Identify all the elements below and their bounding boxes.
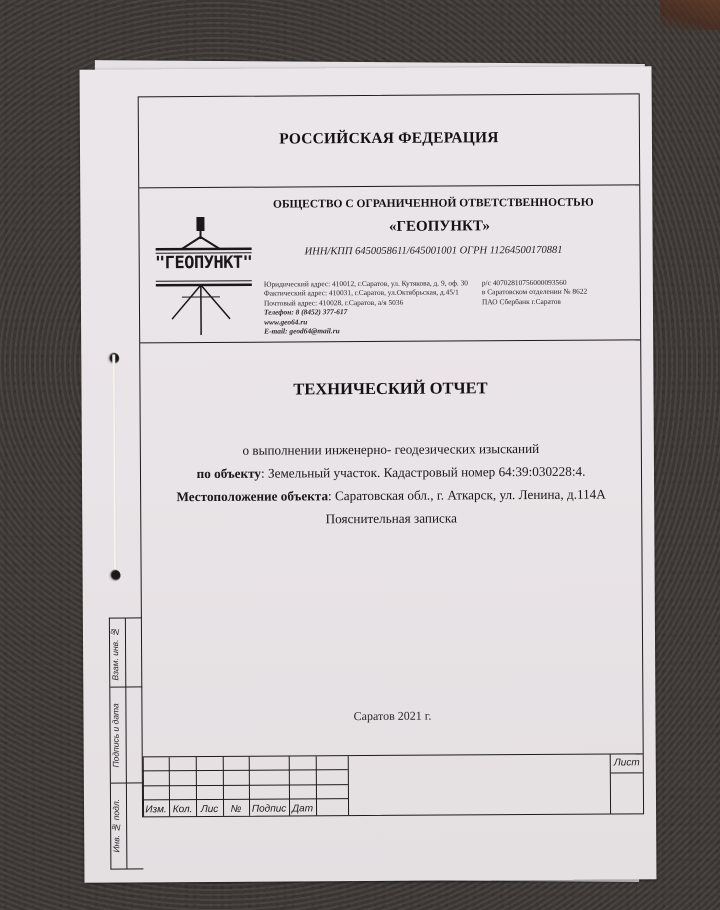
email: E-mail: geod64@mail.ru: [264, 325, 468, 336]
address-block: Юридический адрес: 410012, г.Саратов, ул…: [264, 278, 468, 336]
col-sheet: Лис: [196, 804, 223, 815]
header-divider: [139, 184, 639, 188]
location-line: Местоположение объекта: Саратовская обл.…: [141, 486, 641, 505]
registration-numbers: ИНН/КПП 6450058611/645001001 ОГРН 112645…: [305, 245, 563, 258]
bank-branch: в Саратовском отделении № 8622: [482, 287, 587, 297]
col-number: №: [223, 804, 249, 815]
col-signature: Подпис: [249, 803, 289, 814]
side-stamp: Взам. инв. № Подпись и дата Инв. № подл.: [109, 617, 144, 869]
col-date: Дат: [289, 803, 316, 814]
revision-grid: Изм. Кол. Лис № Подпис Дат: [143, 756, 348, 816]
replacement-inv-label: Взам. инв. №: [110, 622, 125, 684]
location-label: Местоположение объекта: [176, 488, 328, 504]
explanatory-note: Пояснительная записка: [141, 509, 641, 528]
document-page: РОССИЙСКАЯ ФЕДЕРАЦИЯ "ГЕОПУНКТ" ОБЩЕСТВО…: [80, 66, 657, 882]
col-change: Изм.: [143, 804, 169, 815]
wood-floor-corner: [660, 0, 720, 30]
title-block: Изм. Кол. Лис № Подпис Дат Лист: [143, 753, 643, 816]
object-line: по объекту: Земельный участок. Кадастров…: [141, 463, 641, 482]
signature-date-label: Подпись и дата: [110, 690, 126, 780]
company-logo: "ГЕОПУНКТ": [151, 215, 256, 346]
col-count: Кол.: [169, 804, 196, 815]
report-title: ТЕХНИЧЕСКИЙ ОТЧЕТ: [140, 377, 640, 400]
city-year: Саратов 2021 г.: [142, 707, 642, 725]
binding-thread: [112, 355, 116, 573]
org-type: ОБЩЕСТВО С ОГРАНИЧЕННОЙ ОТВЕТСТВЕННОСТЬЮ: [257, 197, 609, 211]
object-label: по объекту: [197, 466, 261, 481]
location-value: : Саратовская обл., г. Аткарск, ул. Лени…: [328, 487, 606, 504]
logo-wordmark: "ГЕОПУНКТ": [152, 253, 256, 274]
bank-details: р/с 40702810756000093560 в Саратовском о…: [482, 278, 587, 307]
binding-hole-bottom: [109, 570, 121, 582]
sheet-label: Лист: [611, 757, 643, 768]
theodolite-tripod-icon: [151, 215, 256, 346]
bank-name: ПАО Сбербанк г.Саратов: [482, 296, 587, 306]
report-subtitle: о выполнении инженерно- геодезических из…: [141, 440, 641, 459]
sheet-number-box: Лист: [610, 754, 643, 813]
original-inv-label: Инв. № подл.: [111, 786, 126, 864]
drawing-frame: РОССИЙСКАЯ ФЕДЕРАЦИЯ "ГЕОПУНКТ" ОБЩЕСТВО…: [138, 93, 644, 817]
country-heading: РОССИЙСКАЯ ФЕДЕРАЦИЯ: [139, 128, 639, 149]
actual-address: Фактический адрес: 410031, г.Саратов, ул…: [264, 288, 468, 299]
org-name: «ГЕОПУНКТ»: [269, 218, 609, 237]
object-value: : Земельный участок. Кадастровый номер 6…: [261, 464, 585, 481]
